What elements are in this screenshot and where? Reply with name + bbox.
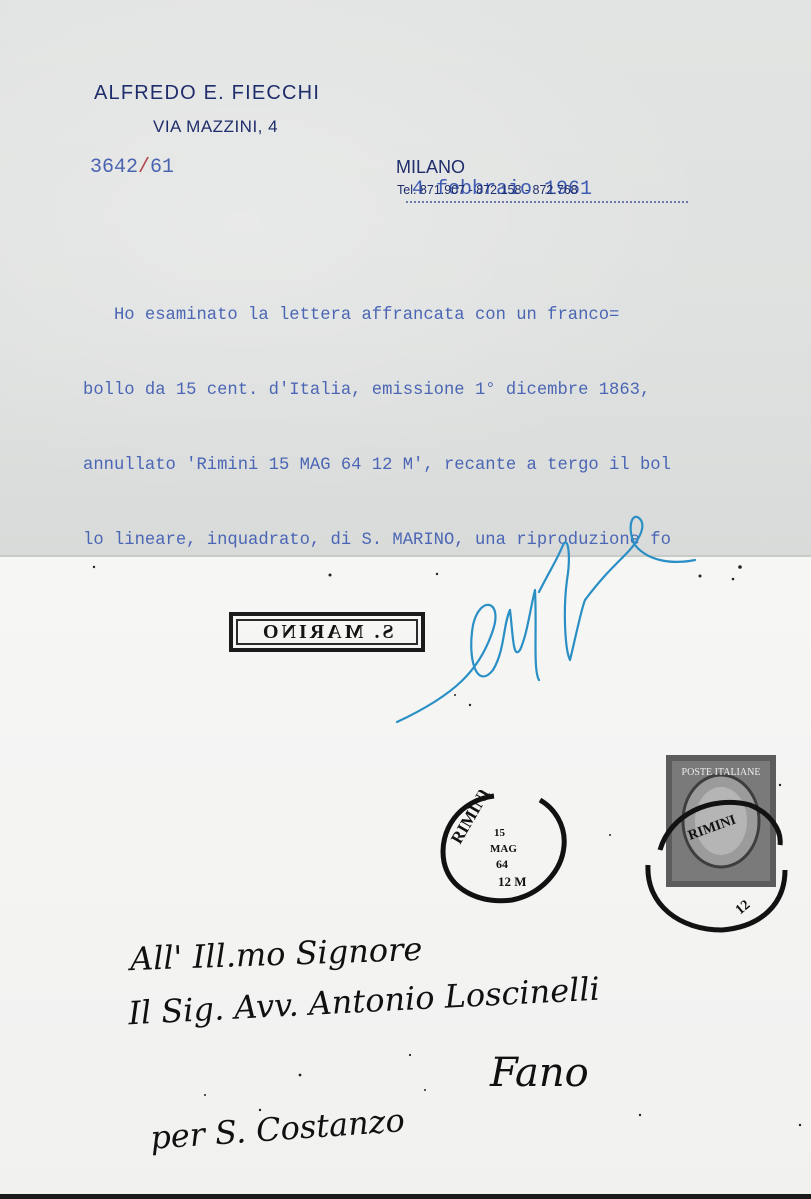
svg-text:15: 15 [494,827,506,839]
svg-text:64: 64 [496,857,508,871]
signature [385,500,705,740]
letterhead-address: VIA MAZZINI, 4 [153,117,278,137]
linear-handstamp-text: S. MARINO [260,621,394,644]
rimini-postmark: RIMINI 15 MAG 64 12 M [432,790,577,905]
dateline-phone: Tel. 871.907 - 872.158 - 872.768 [397,183,578,197]
letterhead-name: ALFREDO E. FIECCHI [94,82,320,105]
svg-text:MAG: MAG [490,843,517,855]
svg-text:12 M: 12 M [498,874,527,889]
body-line: bollo da 15 cent. d'Italia, emissione 1°… [83,378,793,403]
svg-text:POSTE ITALIANE: POSTE ITALIANE [682,767,761,778]
svg-text:12: 12 [733,898,753,918]
body-line: annullato 'Rimini 15 MAG 64 12 M', recan… [83,453,793,478]
reference-separator: / [138,156,150,179]
address-line-recipient: Il Sig. Avv. Antonio Loscinelli [127,970,600,1033]
reference-number-b: 61 [150,156,174,179]
postage-stamp: POSTE ITALIANE RIMINI 12 [640,745,800,940]
address-line-salutation: All' Ill.mo Signore [129,930,423,978]
address-line-town: Fano [490,1050,589,1096]
address-line-routing: per S. Costanzo [149,1101,406,1157]
certificate-sheet: ALFREDO E. FIECCHI VIA MAZZINI, 4 3642/6… [0,0,811,555]
reference-number-a: 3642 [90,156,138,179]
photo-bottom-edge [0,1194,811,1199]
handwritten-address: All' Ill.mo Signore Il Sig. Avv. Antonio… [0,920,811,1190]
reference-number: 3642/61 [90,156,174,179]
body-line: Ho esaminato la lettera affrancata con u… [83,303,793,328]
dateline-city: MILANO [396,157,465,177]
